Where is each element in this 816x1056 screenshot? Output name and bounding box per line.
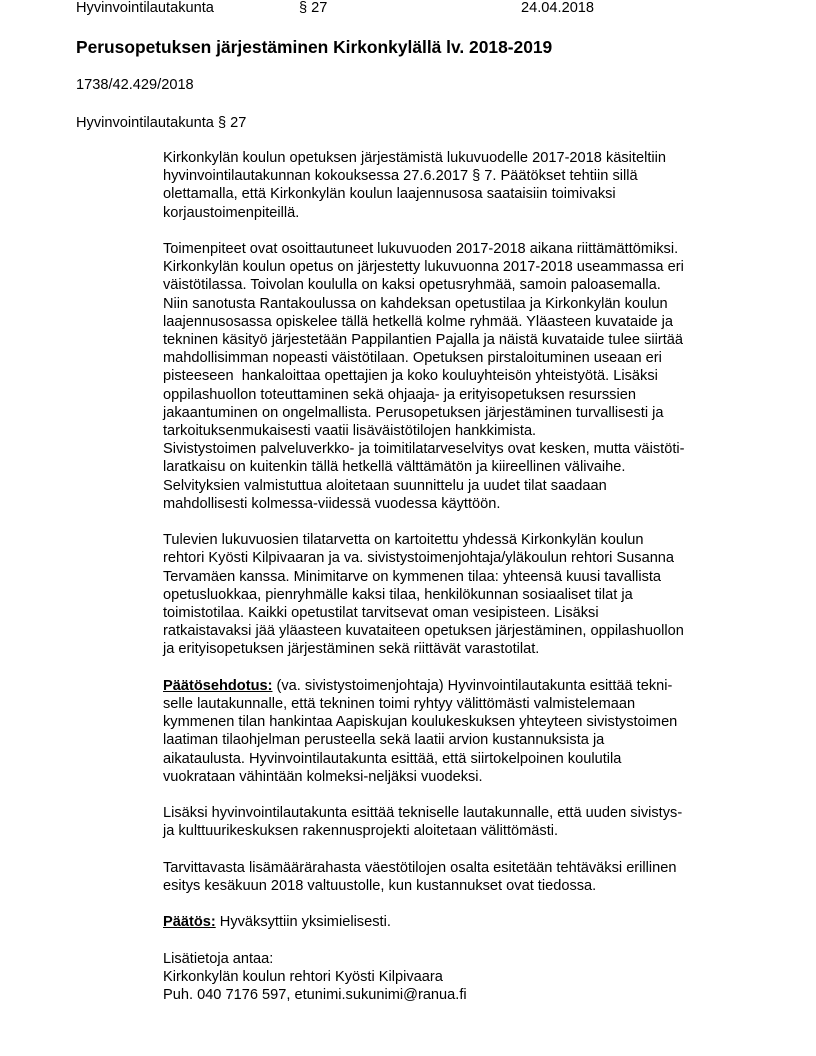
text-line: Kirkonkylän koulun opetuksen järjestämis… bbox=[163, 149, 763, 167]
contact-person: Kirkonkylän koulun rehtori Kyösti Kilpiv… bbox=[163, 968, 763, 986]
text-line: ratkaistavaksi jää yläasteen kuvataiteen… bbox=[163, 622, 763, 640]
text-line: mahdollisimman nopeasti väistötilaan. Op… bbox=[163, 349, 763, 367]
paragraph-background: Kirkonkylän koulun opetuksen järjestämis… bbox=[163, 149, 763, 222]
proposal-first-line: (va. sivistystoimenjohtaja) Hyvinvointil… bbox=[272, 678, 672, 694]
text-line: hyvinvointilautakunnan kokouksessa 27.6.… bbox=[163, 167, 763, 185]
header-section-number: § 27 bbox=[299, 0, 327, 18]
header-board-name: Hyvinvointilautakunta bbox=[76, 0, 214, 18]
text-line: pisteeseen hankaloittaa opettajien ja ko… bbox=[163, 367, 763, 385]
text-line: oppilashuollon toteuttaminen sekä ohjaaj… bbox=[163, 386, 763, 404]
text-line: Tulevien lukuvuosien tilatarvetta on kar… bbox=[163, 531, 763, 549]
text-line: rehtori Kyösti Kilpivaaran ja va. sivist… bbox=[163, 549, 763, 567]
text-line: väistötilassa. Toivolan koululla on kaks… bbox=[163, 276, 763, 294]
text-line: jakaantuminen on ongelmallista. Perusope… bbox=[163, 404, 763, 422]
document-header: Hyvinvointilautakunta § 27 24.04.2018 bbox=[0, 0, 816, 18]
text-line: Lisäksi hyvinvointilautakunta esittää te… bbox=[163, 804, 763, 822]
header-date: 24.04.2018 bbox=[521, 0, 594, 18]
text-line: kymmenen tilan hankintaa Aapiskujan koul… bbox=[163, 713, 763, 731]
document-title: Perusopetuksen järjestäminen Kirkonkyläl… bbox=[76, 36, 552, 58]
contact-phone-email: Puh. 040 7176 597, etunimi.sukunimi@ranu… bbox=[163, 986, 763, 1004]
text-line: Sivistystoimen palveluverkko- ja toimiti… bbox=[163, 440, 763, 458]
text-line: esitys kesäkuun 2018 valtuustolle, kun k… bbox=[163, 877, 763, 895]
text-line: Tarvittavasta lisämäärärahasta väestötil… bbox=[163, 859, 763, 877]
text-line: Selvityksien valmistuttua aloitetaan suu… bbox=[163, 477, 763, 495]
paragraph-culture-centre: Lisäksi hyvinvointilautakunta esittää te… bbox=[163, 804, 763, 840]
decision-label: Päätös: bbox=[163, 914, 216, 930]
board-section-heading: Hyvinvointilautakunta § 27 bbox=[76, 113, 246, 133]
paragraph-contact-info: Lisätietoja antaa: Kirkonkylän koulun re… bbox=[163, 950, 763, 1005]
text-line: selle lautakunnalle, että tekninen toimi… bbox=[163, 695, 763, 713]
text-line: Päätös: Hyväksyttiin yksimielisesti. bbox=[163, 913, 763, 931]
text-line: laatiman tilaohjelman perusteella sekä l… bbox=[163, 731, 763, 749]
proposal-label: Päätösehdotus: bbox=[163, 678, 272, 694]
text-line: toimistotilaa. Kaikki opetustilat tarvit… bbox=[163, 604, 763, 622]
decision-text: Hyväksyttiin yksimielisesti. bbox=[216, 914, 391, 930]
text-line: opetusluokkaa, pienryhmälle kaksi tilaa,… bbox=[163, 586, 763, 604]
document-body: Kirkonkylän koulun opetuksen järjestämis… bbox=[163, 149, 763, 1023]
paragraph-current-situation: Toimenpiteet ovat osoittautuneet lukuvuo… bbox=[163, 240, 763, 513]
reference-number: 1738/42.429/2018 bbox=[76, 75, 194, 95]
text-line: Tervamäen kanssa. Minimitarve on kymmene… bbox=[163, 568, 763, 586]
paragraph-decision: Päätös: Hyväksyttiin yksimielisesti. bbox=[163, 913, 763, 931]
text-line: laajennusosassa opiskelee tällä hetkellä… bbox=[163, 313, 763, 331]
text-line: Kirkonkylän koulun opetus on järjestetty… bbox=[163, 258, 763, 276]
text-line: aikataulusta. Hyvinvointilautakunta esit… bbox=[163, 750, 763, 768]
text-line: olettamalla, että Kirkonkylän koulun laa… bbox=[163, 185, 763, 203]
contact-heading: Lisätietoja antaa: bbox=[163, 950, 763, 968]
text-line: mahdollisesti kolmessa-viidessä vuodessa… bbox=[163, 495, 763, 513]
text-line: tarkoituksenmukaisesti vaatii lisäväistö… bbox=[163, 422, 763, 440]
text-line: laratkaisu on kuitenkin tällä hetkellä v… bbox=[163, 458, 763, 476]
text-line: ja erityisopetuksen järjestäminen sekä r… bbox=[163, 640, 763, 658]
text-line: Päätösehdotus: (va. sivistystoimenjohtaj… bbox=[163, 677, 763, 695]
text-line: ja kulttuurikeskuksen rakennusprojekti a… bbox=[163, 822, 763, 840]
paragraph-funding: Tarvittavasta lisämäärärahasta väestötil… bbox=[163, 859, 763, 895]
paragraph-decision-proposal: Päätösehdotus: (va. sivistystoimenjohtaj… bbox=[163, 677, 763, 786]
paragraph-space-needs: Tulevien lukuvuosien tilatarvetta on kar… bbox=[163, 531, 763, 658]
text-line: korjaustoimenpiteillä. bbox=[163, 204, 763, 222]
text-line: Toimenpiteet ovat osoittautuneet lukuvuo… bbox=[163, 240, 763, 258]
text-line: vuokrataan vähintään kolmeksi-neljäksi v… bbox=[163, 768, 763, 786]
text-line: tekninen käsityö järjestetään Pappilanti… bbox=[163, 331, 763, 349]
text-line: Niin sanotusta Rantakoulussa on kahdeksa… bbox=[163, 295, 763, 313]
